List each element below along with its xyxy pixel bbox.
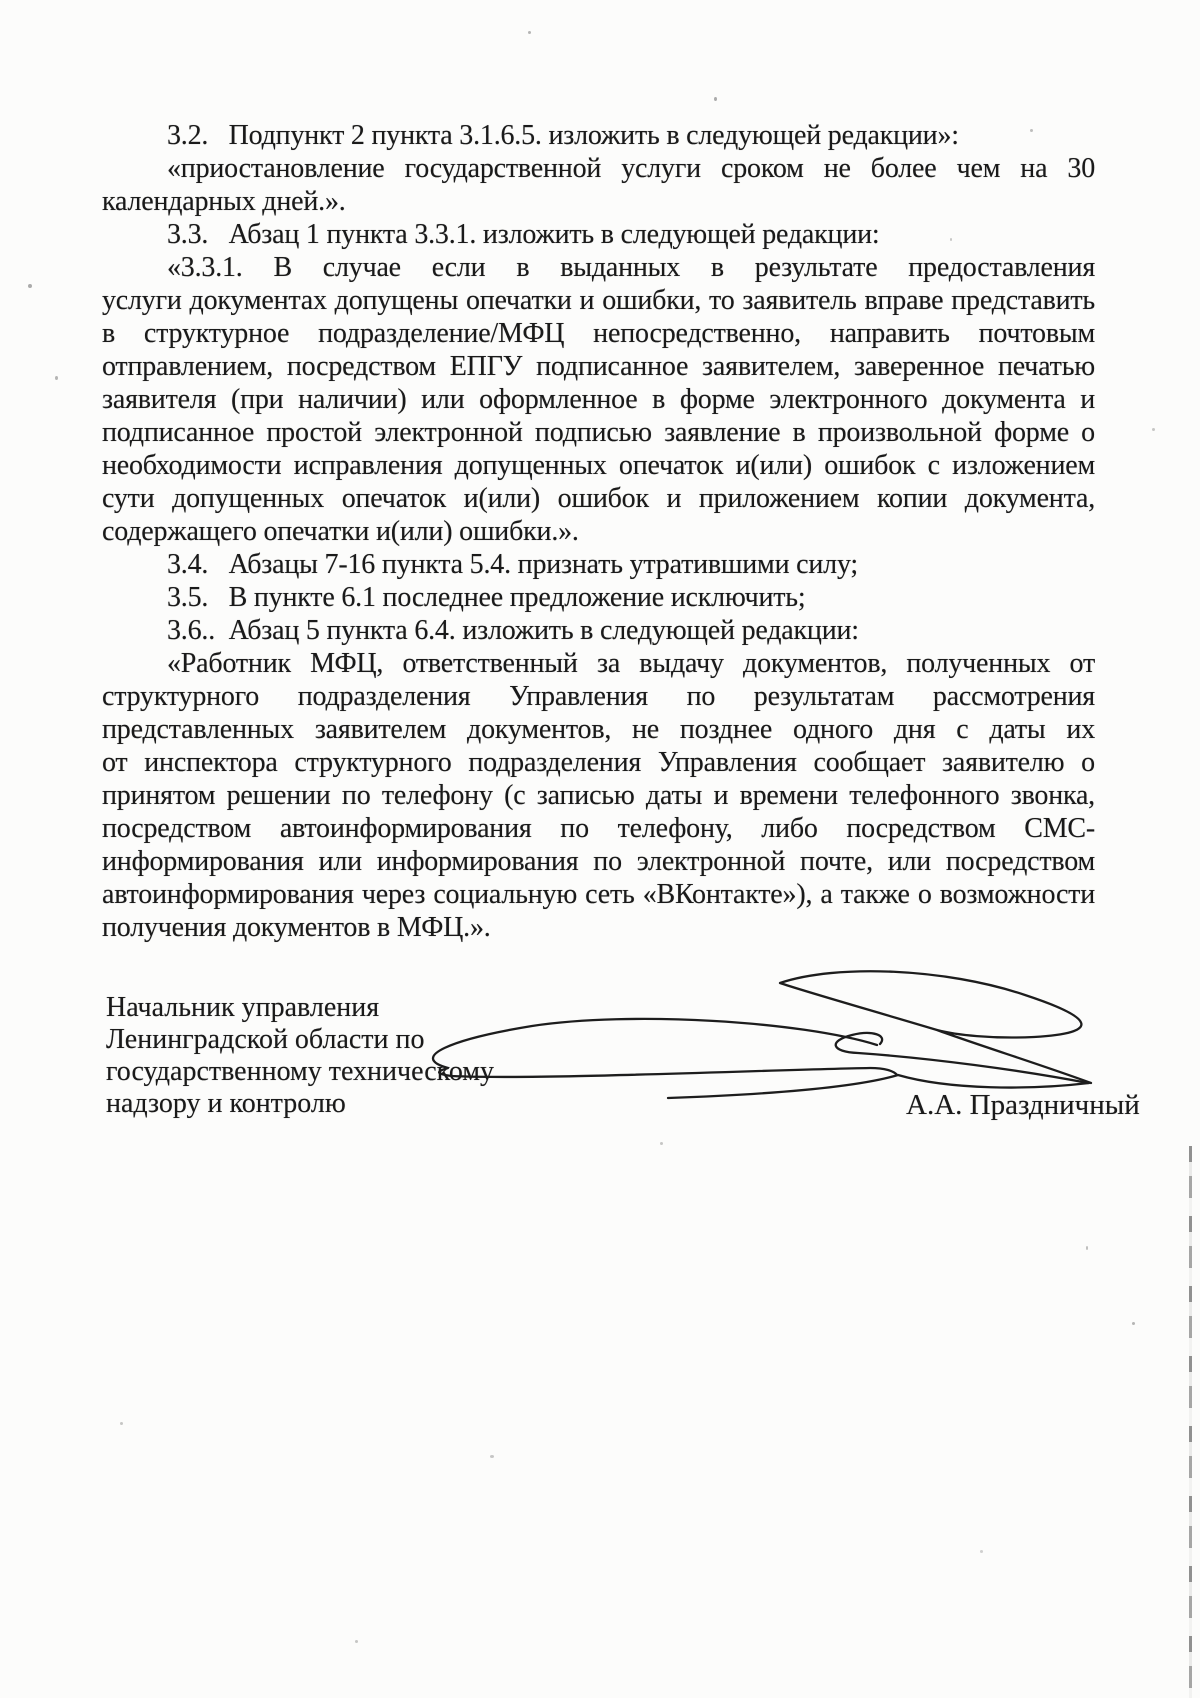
- scan-speck: [1030, 129, 1033, 132]
- body-line: от инспектора структурного подразделения…: [102, 746, 1095, 779]
- body-line: «приостановление государственной услуги …: [102, 152, 1095, 185]
- body-line: информирования или информирования по эле…: [102, 845, 1095, 878]
- body-line: получения документов в МФЦ.».: [102, 911, 1095, 944]
- body-line: посредством автоинформирования по телефо…: [102, 812, 1095, 845]
- scan-speck: [1086, 1246, 1088, 1250]
- body-line: 3.6.. Абзац 5 пункта 6.4. изложить в сле…: [102, 614, 1095, 647]
- body-line: сути допущенных опечаток и(или) ошибок и…: [102, 482, 1095, 515]
- body-line: необходимости исправления допущенных опе…: [102, 449, 1095, 482]
- signatory-name: А.А. Праздничный: [906, 1089, 1140, 1122]
- signatory-title-line: Начальник управления: [106, 992, 494, 1024]
- scan-speck: [1132, 1322, 1135, 1325]
- body-line: «Работник МФЦ, ответственный за выдачу д…: [102, 647, 1095, 680]
- scan-speck: [950, 238, 952, 241]
- body-line: 3.3. Абзац 1 пункта 3.3.1. изложить в сл…: [102, 218, 1095, 251]
- signature-stroke: [780, 971, 1091, 1083]
- body-line: принятом решении по телефону (с записью …: [102, 779, 1095, 812]
- body-line: в структурное подразделение/МФЦ непосред…: [102, 317, 1095, 350]
- body-line: автоинформирования через социальную сеть…: [102, 878, 1095, 911]
- signatory-title-line: Ленинградской области по: [106, 1024, 494, 1056]
- body-line: календарных дней.».: [102, 185, 1095, 218]
- body-line: 3.5. В пункте 6.1 последнее предложение …: [102, 581, 1095, 614]
- body-line: представленных заявителем документов, не…: [102, 713, 1095, 746]
- scan-speck: [980, 1550, 983, 1553]
- signature-stroke: [433, 1019, 897, 1077]
- scan-speck: [490, 1455, 494, 1458]
- document-body: 3.2. Подпункт 2 пункта 3.1.6.5. изложить…: [102, 119, 1095, 944]
- scan-speck: [1152, 428, 1155, 431]
- signatory-title-line: надзору и контролю: [106, 1088, 494, 1120]
- body-line: структурного подразделения Управления по…: [102, 680, 1095, 713]
- scan-speck: [714, 97, 717, 101]
- scan-speck: [28, 284, 32, 288]
- body-line: отправлением, посредством ЕПГУ подписанн…: [102, 350, 1095, 383]
- scan-speck: [528, 31, 531, 34]
- scan-speck: [660, 1142, 663, 1145]
- body-line: заявителя (при наличии) или оформленное …: [102, 383, 1095, 416]
- body-line: 3.2. Подпункт 2 пункта 3.1.6.5. изложить…: [102, 119, 1095, 152]
- signature-stroke: [836, 1033, 1088, 1083]
- body-line: подписанное простой электронной подписью…: [102, 416, 1095, 449]
- scan-speck: [355, 1640, 358, 1643]
- body-line: услуги документах допущены опечатки и ош…: [102, 284, 1095, 317]
- signatory-title-block: Начальник управленияЛенинградской област…: [106, 992, 494, 1120]
- body-line: 3.4. Абзацы 7-16 пункта 5.4. признать ут…: [102, 548, 1095, 581]
- scanned-document-page: 3.2. Подпункт 2 пункта 3.1.6.5. изложить…: [0, 0, 1200, 1698]
- signatory-title-line: государственному техническому: [106, 1056, 494, 1088]
- scan-speck: [55, 376, 58, 380]
- scan-edge-streak: [1189, 1146, 1192, 1698]
- body-line: содержащего опечатки и(или) ошибки.».: [102, 515, 1095, 548]
- body-line: «3.3.1. В случае если в выданных в резул…: [102, 251, 1095, 284]
- scan-speck: [120, 1422, 123, 1425]
